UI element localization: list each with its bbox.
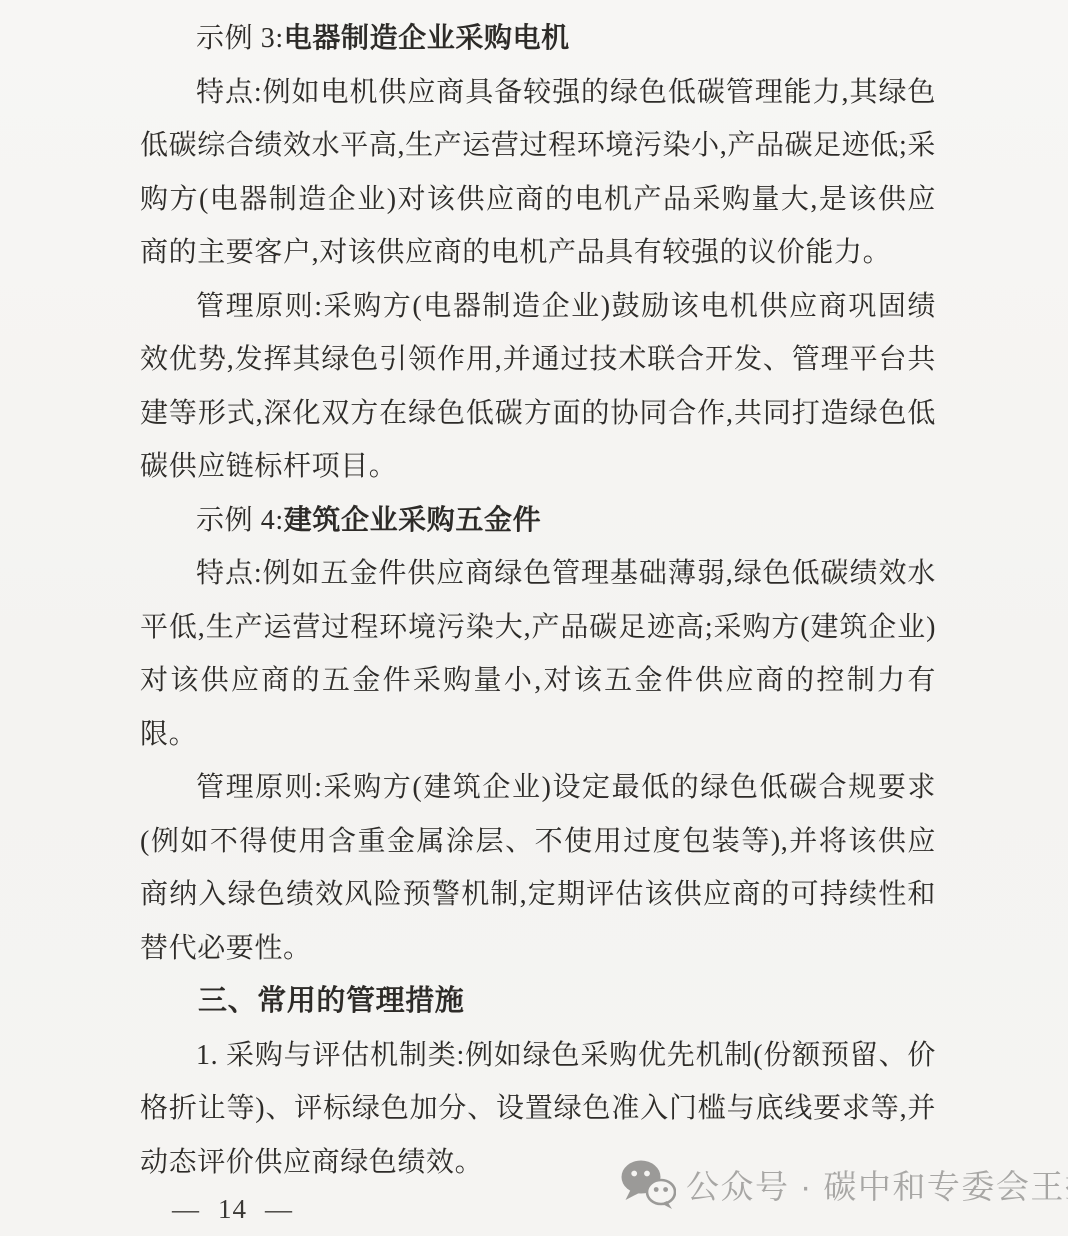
example3-traits-paragraph: 特点:例如电机供应商具备较强的绿色低碳管理能力,其绿色低碳综合绩效水平高,生产运…: [140, 66, 936, 280]
document-body: 示例 3:电器制造企业采购电机 特点:例如电机供应商具备较强的绿色低碳管理能力,…: [140, 12, 936, 1189]
page-number-value: 14: [218, 1194, 247, 1225]
example4-heading-title: 建筑企业采购五金件: [284, 505, 541, 536]
wechat-icon: [620, 1158, 676, 1210]
example4-heading-label: 示例 4:: [196, 505, 284, 536]
example3-principle-paragraph: 管理原则:采购方(电器制造企业)鼓励该电机供应商巩固绩效优势,发挥其绿色引领作用…: [140, 280, 936, 494]
example4-traits-paragraph: 特点:例如五金件供应商绿色管理基础薄弱,绿色低碳绩效水平低,生产运营过程环境污染…: [140, 547, 936, 761]
example3-heading-title: 电器制造企业采购电机: [284, 23, 570, 54]
wechat-watermark-text: 公众号 · 碳中和专委会王挺: [686, 1161, 1068, 1208]
page-number: — 14 —: [172, 1194, 293, 1225]
page-number-dash-right: —: [265, 1194, 293, 1225]
example3-heading: 示例 3:电器制造企业采购电机: [140, 12, 936, 66]
section3-heading: 三、常用的管理措施: [140, 975, 936, 1029]
wechat-watermark: 公众号 · 碳中和专委会王挺: [620, 1158, 1068, 1210]
document-page: 示例 3:电器制造企业采购电机 特点:例如电机供应商具备较强的绿色低碳管理能力,…: [0, 0, 1068, 1236]
example4-heading: 示例 4:建筑企业采购五金件: [140, 494, 936, 548]
page-number-dash-left: —: [172, 1194, 200, 1225]
example4-principle-paragraph: 管理原则:采购方(建筑企业)设定最低的绿色低碳合规要求(例如不得使用含重金属涂层…: [140, 761, 936, 975]
example3-heading-label: 示例 3:: [196, 23, 284, 54]
